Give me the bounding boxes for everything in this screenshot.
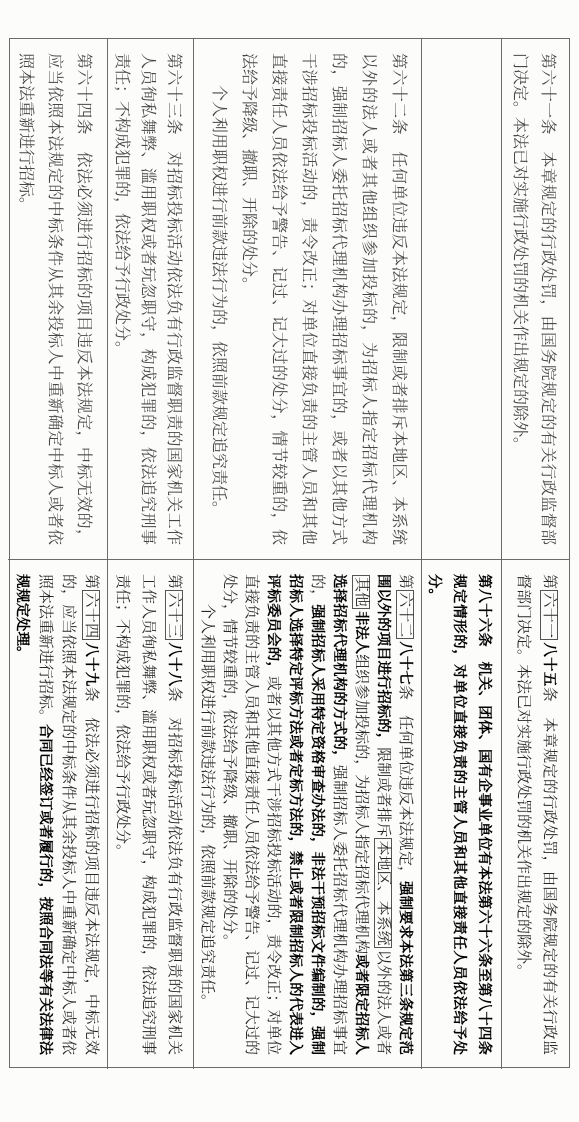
text-segment-deleted: 六十四 [82,590,100,640]
paragraph: 第六十四条 依法必须进行招标的项目违反本法规定，中标无效的，应当依照本法规定的中… [11,53,98,545]
text-segment-normal: 条 任何单位违反本法规定， [397,685,413,881]
text-segment-added: 八十七 [397,641,413,684]
text-segment-normal: 个人利用职权进行前款违法行为的，依照前款规定追究责任。 [210,85,227,517]
cell-article-85-revised: 第六十一八十五条 本章规定的行政处罚，由国务院规定的有关行政监督部门决定。本法已… [501,560,569,1069]
paragraph: 第六十三八十八条 对招标投标活动依法负有行政监督职责的国家机关工作人员徇私舞弊、… [109,574,187,1055]
law-comparison-table: 第六十一条 本章规定的行政处罚，由国务院规定的有关行政监督部门决定。本法已对实施… [9,38,570,1068]
text-segment-normal: 个人利用职权进行前款违法行为的，依照前款规定追究责任。 [199,604,215,1009]
text-segment-normal: 第六十三条 对招标投标活动依法负有行政监督职责的国家机关工作人员徇私舞弊、滥用职… [113,53,182,545]
paragraph: 第六十一条 本章规定的行政处罚，由国务院规定的有关行政监督部门决定。本法已对实施… [505,53,561,545]
scanned-page: 第六十一条 本章规定的行政处罚，由国务院规定的有关行政监督部门决定。本法已对实施… [0,0,579,1122]
rotated-scan-sheet: 第六十一条 本章规定的行政处罚，由国务院规定的有关行政监督部门决定。本法已对实施… [0,0,579,1122]
text-segment-normal: 限制或者排斥 [375,747,391,837]
text-segment-added: 第八十六条 机关、团体、国有企事业单位有本法第六十六条至第八十四条规定情形的，对… [426,574,492,1055]
cell-article-62-original: 第六十二条 任何单位违反本法规定，限制或者排斥本地区、本系统以外的法人或者其他组… [193,39,421,560]
text-segment-deleted: 本地区、本系统 [374,838,392,947]
text-segment-added: 八十五 [541,642,557,686]
text-segment-normal: 第 [166,574,182,589]
text-segment-deleted: 六十二 [396,590,414,639]
cell-article-89-revised: 第六十四八十九条 依法必须进行招标的项目违反本法规定，中标无效的，应当依照本法规… [8,560,107,1069]
paragraph: 个人利用职权进行前款违法行为的，依照前款规定追究责任。 [196,574,218,1055]
paragraph: 第六十二条 任何单位违反本法规定，限制或者排斥本地区、本系统以外的法人或者其他组… [233,53,413,545]
cell-empty-original [421,39,501,560]
paragraph: 第六十三条 对招标投标活动依法负有行政监督职责的国家机关工作人员徇私舞弊、滥用职… [108,53,186,545]
text-segment-added: 非法人 [353,611,369,654]
text-segment-added: 八十九 [83,642,99,686]
text-segment-normal: 第 [83,574,99,589]
paragraph: 第八十六条 机关、团体、国有企事业单位有本法第六十六条至第八十四条规定情形的，对… [421,574,496,1055]
text-segment-normal: 第 [397,574,413,589]
paragraph: 第六十四八十九条 依法必须进行招标的项目违反本法规定，中标无效的，应当依照本法规… [10,574,102,1055]
paragraph: 第六十一八十五条 本章规定的行政处罚，由国务院规定的有关行政监督部门决定。本法已… [510,574,562,1055]
cell-article-88-revised: 第六十三八十八条 对招标投标活动依法负有行政监督职责的国家机关工作人员徇私舞弊、… [107,560,193,1069]
paragraph: 第六十二八十七条 任何单位违反本法规定，强制要求本法第三条规定范围以外的项目进行… [218,574,416,1055]
text-segment-deleted: 六十一 [540,590,558,640]
cell-article-87-revised: 第六十二八十七条 任何单位违反本法规定，强制要求本法第三条规定范围以外的项目进行… [193,560,421,1069]
text-segment-deleted: 六十三 [165,590,183,640]
paragraph: 个人利用职权进行前款违法行为的，依照前款规定追究责任。 [203,53,233,545]
text-segment-normal: 第六十二条 任何单位违反本法规定，限制或者排斥本地区、本系统以外的法人或者其他组… [240,53,407,545]
text-segment-normal: 第六十一条 本章规定的行政处罚，由国务院规定的有关行政监督部门决定。本法已对实施… [511,53,556,545]
text-segment-added: 八十八 [166,642,182,686]
cell-article-64-original: 第六十四条 依法必须进行招标的项目违反本法规定，中标无效的，应当依照本法规定的中… [8,39,107,560]
cell-article-86-revised: 第八十六条 机关、团体、国有企事业单位有本法第六十六条至第八十四条规定情形的，对… [421,560,501,1069]
text-segment-normal: 以外的法人或者 [375,950,391,1055]
cell-article-63-original: 第六十三条 对招标投标活动依法负有行政监督职责的国家机关工作人员徇私舞弊、滥用职… [107,39,193,560]
text-segment-normal: 第六十四条 依法必须进行招标的项目违反本法规定，中标无效的，应当依照本法规定的中… [17,53,92,545]
cell-article-61-original: 第六十一条 本章规定的行政处罚，由国务院规定的有关行政监督部门决定。本法已对实施… [501,39,569,560]
text-segment-normal: 第 [541,574,557,589]
text-segment-deleted: 其他 [352,575,370,609]
text-segment-normal: 组织参加投标的，为招标人指定招标代理机构 [353,654,369,954]
